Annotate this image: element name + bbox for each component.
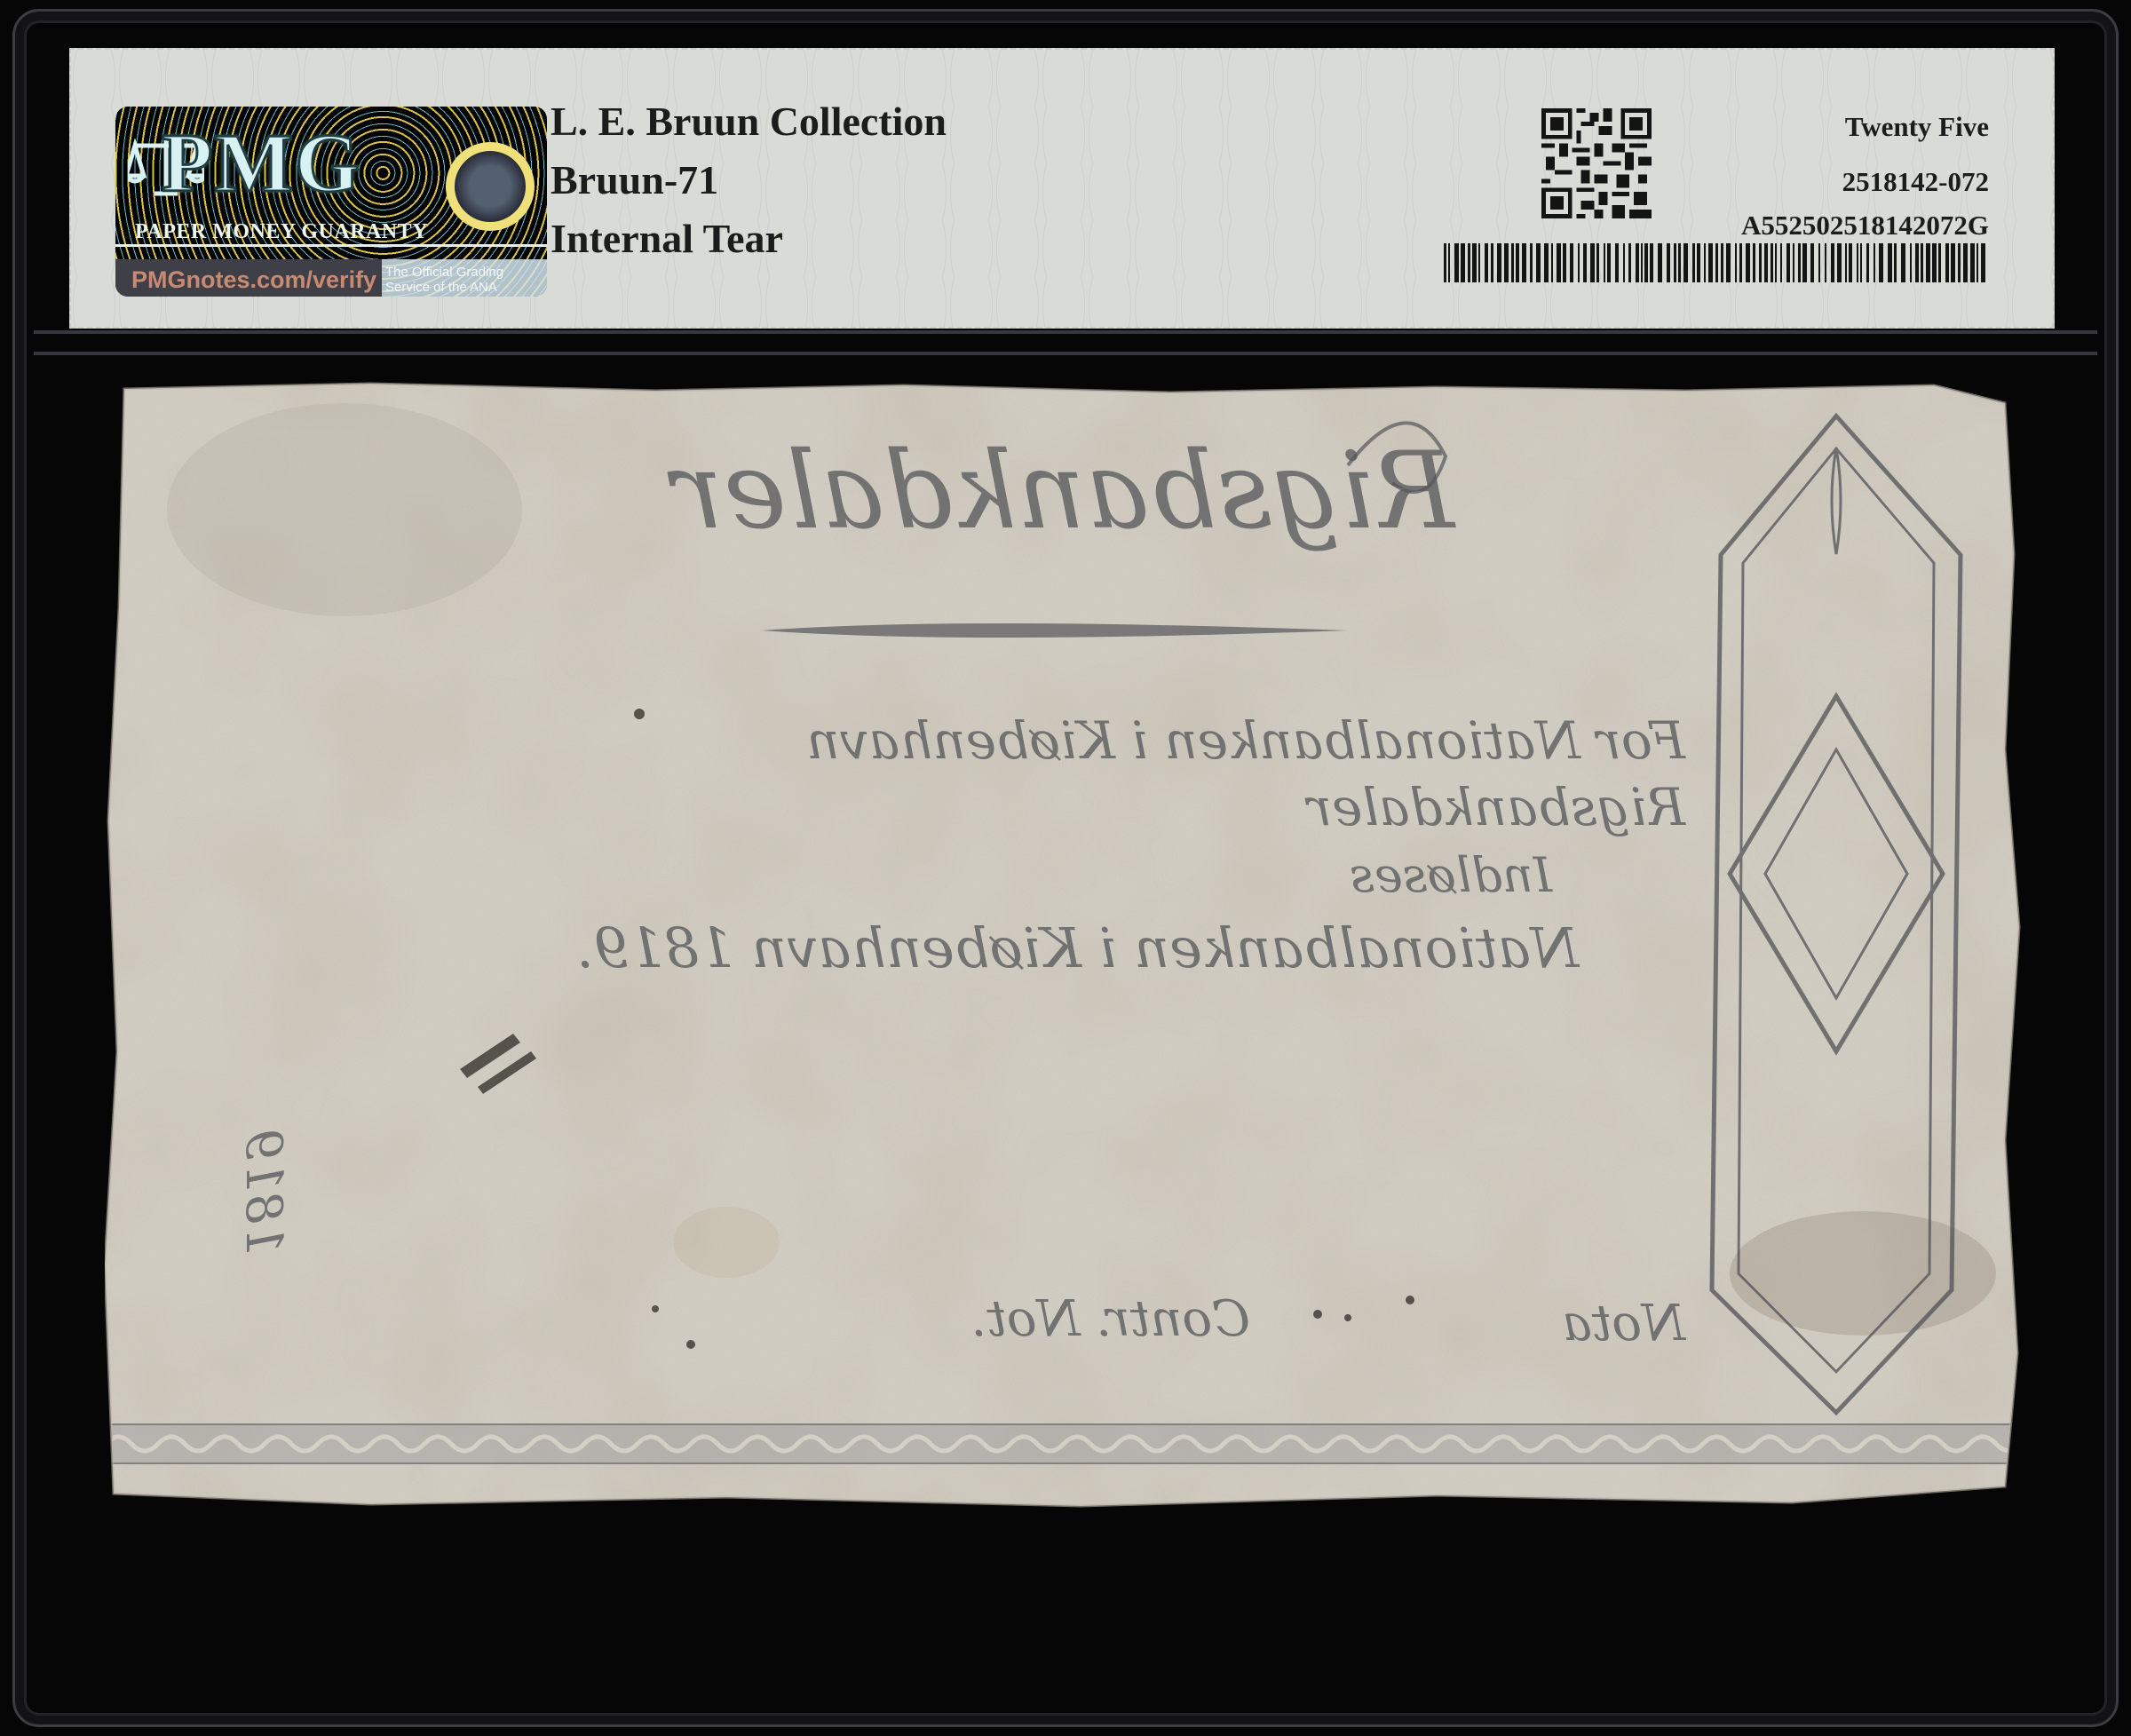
grade-block: Twenty Five 2518142-072 A552502518142072…	[1741, 105, 1989, 243]
barcode-number: A552502518142072G	[1741, 208, 1989, 243]
svg-text:1819: 1819	[234, 1129, 292, 1256]
grading-comment: Internal Tear	[551, 210, 947, 268]
grade-text: Twenty Five	[1741, 105, 1989, 149]
hologram-tagline: PAPER MONEY GUARANTY	[135, 220, 428, 244]
cert-number: 2518142-072	[1741, 160, 1989, 204]
left-serial-mark: 1819	[234, 1129, 292, 1256]
contr-not-label: Contr. Not.	[971, 1290, 1250, 1348]
svg-text:For Nationalbanken i Kiøbenhav: For Nationalbanken i Kiøbenhavn	[806, 710, 1686, 771]
note-paper: Rigsbankdaler For Nationalbanken i Kiøbe…	[105, 377, 2023, 1515]
svg-text:Nota: Nota	[1562, 1295, 1687, 1352]
official-grading-text: The Official Grading Service of the ANA	[382, 259, 547, 297]
hologram-seal-icon	[446, 142, 535, 231]
holder-divider-bottom	[34, 352, 2097, 355]
collection-name: L. E. Bruun Collection	[551, 92, 947, 151]
svg-text:Nationalbanken i Kiøbenhavn 18: Nationalbanken i Kiøbenhavn 1819.	[576, 916, 1580, 980]
svg-text:Rigsbankdaler: Rigsbankdaler	[667, 430, 1456, 553]
holder-divider-top	[34, 330, 2097, 334]
banknote: Rigsbankdaler For Nationalbanken i Kiøbe…	[105, 377, 2023, 1515]
pmg-hologram: PMG PAPER MONEY GUARANTY PMGnotes.com/ve…	[115, 107, 547, 297]
qr-code-icon[interactable]	[1541, 108, 1652, 218]
catalog-number: Bruun-71	[551, 151, 947, 210]
verify-url[interactable]: PMGnotes.com/verify	[115, 259, 382, 297]
header-script: Rigsbankdaler	[667, 430, 1456, 553]
label-description: L. E. Bruun Collection Bruun-71 Internal…	[551, 92, 947, 268]
official-line-1: The Official Grading	[385, 265, 543, 280]
nota-label: Nota	[1562, 1295, 1687, 1352]
hologram-rule	[115, 244, 547, 247]
barcode-icon[interactable]	[1444, 243, 1989, 282]
official-line-2: Service of the ANA	[385, 280, 543, 295]
svg-text:Indløses: Indløses	[1350, 847, 1553, 903]
bottom-border-band	[105, 1424, 2023, 1463]
svg-text:Contr. Not.: Contr. Not.	[971, 1290, 1250, 1348]
svg-text:Rigsbankdaler: Rigsbankdaler	[1304, 777, 1686, 837]
pmg-brand-text: PMG	[162, 115, 361, 211]
